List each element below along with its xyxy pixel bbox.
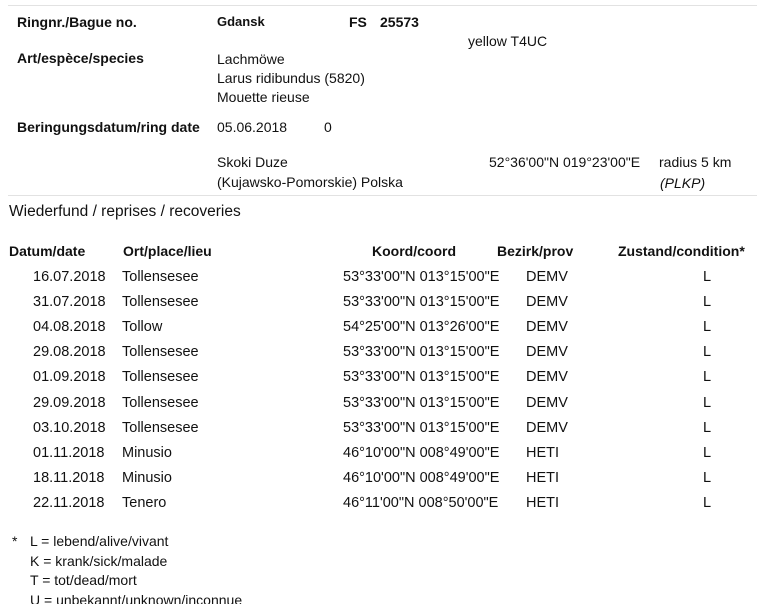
table-row: 04.08.2018Tollow54°25'00"N 013°26'00"EDE… xyxy=(0,318,757,343)
recovery-date: 29.08.2018 xyxy=(33,343,106,361)
recovery-date: 01.11.2018 xyxy=(33,444,105,462)
legend-items: L = lebend/alive/vivantK = krank/sick/ma… xyxy=(30,532,242,604)
recoveries-title: Wiederfund / reprises / recoveries xyxy=(9,203,241,221)
column-header-place: Ort/place/lieu xyxy=(123,242,212,260)
recovery-condition: L xyxy=(702,444,712,462)
recovery-condition: L xyxy=(702,494,712,512)
species-french: Mouette rieuse xyxy=(217,88,310,106)
column-header-date: Datum/date xyxy=(9,242,85,260)
recovery-condition: L xyxy=(702,368,712,386)
recovery-date: 03.10.2018 xyxy=(33,419,106,437)
ringing-radius: radius 5 km xyxy=(659,153,731,171)
recovery-coords: 53°33'00"N 013°15'00"E xyxy=(343,293,499,311)
recovery-date: 22.11.2018 xyxy=(33,494,105,512)
recovery-condition: L xyxy=(702,394,712,412)
column-header-coord: Koord/coord xyxy=(372,242,456,260)
ring-date-label: Beringungsdatum/ring date xyxy=(17,118,200,136)
table-row: 01.11.2018Minusio46°10'00"N 008°49'00"EH… xyxy=(0,444,757,469)
column-header-prov: Bezirk/prov xyxy=(497,242,573,260)
table-row: 22.11.2018Tenero46°11'00"N 008°50'00"EHE… xyxy=(0,494,757,519)
ring-number: 25573 xyxy=(380,13,419,31)
recovery-province: DEMV xyxy=(526,368,568,386)
recovery-condition: L xyxy=(702,293,712,311)
recovery-province: HETI xyxy=(526,494,559,512)
table-row: 31.07.2018Tollensesee53°33'00"N 013°15'0… xyxy=(0,293,757,318)
recovery-date: 29.09.2018 xyxy=(33,394,106,412)
recovery-date: 16.07.2018 xyxy=(33,268,106,286)
recovery-condition: L xyxy=(702,419,712,437)
table-row: 01.09.2018Tollensesee53°33'00"N 013°15'0… xyxy=(0,368,757,393)
recovery-province: DEMV xyxy=(526,293,568,311)
recovery-coords: 54°25'00"N 013°26'00"E xyxy=(343,318,499,336)
recovery-place: Tollensesee xyxy=(122,343,199,361)
recovery-condition: L xyxy=(702,268,712,286)
recovery-place: Tollensesee xyxy=(122,419,199,437)
recovery-coords: 46°10'00"N 008°49'00"E xyxy=(343,469,499,487)
age-code: 0 xyxy=(324,118,332,136)
recovery-place: Minusio xyxy=(122,444,172,462)
recovery-coords: 46°11'00"N 008°50'00"E xyxy=(343,494,498,512)
recovery-place: Tollensesee xyxy=(122,268,199,286)
color-ring: yellow T4UC xyxy=(468,32,547,50)
recovery-coords: 53°33'00"N 013°15'00"E xyxy=(343,394,499,412)
recovery-province: DEMV xyxy=(526,318,568,336)
recovery-province: DEMV xyxy=(526,268,568,286)
recovery-condition: L xyxy=(702,343,712,361)
ringing-region: (Kujawsko-Pomorskie) Polska xyxy=(217,173,403,191)
recovery-province: HETI xyxy=(526,444,559,462)
recovery-province: HETI xyxy=(526,469,559,487)
species-latin: Larus ridibundus (5820) xyxy=(217,69,365,87)
section-divider xyxy=(8,195,757,196)
recovery-coords: 53°33'00"N 013°15'00"E xyxy=(343,343,499,361)
recovery-place: Tollensesee xyxy=(122,394,199,412)
recovery-coords: 53°33'00"N 013°15'00"E xyxy=(343,268,499,286)
recovery-date: 04.08.2018 xyxy=(33,318,106,336)
legend-item: T = tot/dead/mort xyxy=(30,571,242,591)
legend-item: L = lebend/alive/vivant xyxy=(30,532,242,552)
recovery-place: Tollow xyxy=(122,318,162,336)
recovery-place: Tollensesee xyxy=(122,368,199,386)
table-row: 03.10.2018Tollensesee53°33'00"N 013°15'0… xyxy=(0,419,757,444)
table-row: 16.07.2018Tollensesee53°33'00"N 013°15'0… xyxy=(0,268,757,293)
ring-scheme: Gdansk xyxy=(217,13,265,31)
ringing-place: Skoki Duze xyxy=(217,153,288,171)
ring-series: FS xyxy=(349,13,367,31)
recovery-date: 01.09.2018 xyxy=(33,368,106,386)
recovery-coords: 53°33'00"N 013°15'00"E xyxy=(343,368,499,386)
recovery-province: DEMV xyxy=(526,394,568,412)
legend-item: U = unbekannt/unknown/inconnue xyxy=(30,591,242,604)
recovery-date: 18.11.2018 xyxy=(33,469,105,487)
species-label: Art/espèce/species xyxy=(17,49,144,67)
table-row: 29.08.2018Tollensesee53°33'00"N 013°15'0… xyxy=(0,343,757,368)
legend-item: K = krank/sick/malade xyxy=(30,552,242,572)
table-row: 18.11.2018Minusio46°10'00"N 008°49'00"EH… xyxy=(0,469,757,494)
ring-number-label: Ringnr./Bague no. xyxy=(17,13,137,31)
recovery-place: Tollensesee xyxy=(122,293,199,311)
ringing-coords: 52°36'00"N 019°23'00"E xyxy=(489,153,640,171)
species-german: Lachmöwe xyxy=(217,50,285,68)
recovery-coords: 53°33'00"N 013°15'00"E xyxy=(343,419,499,437)
recovery-place: Minusio xyxy=(122,469,172,487)
table-row: 29.09.2018Tollensesee53°33'00"N 013°15'0… xyxy=(0,394,757,419)
recovery-province: DEMV xyxy=(526,343,568,361)
ringing-code: (PLKP) xyxy=(660,174,705,192)
recovery-place: Tenero xyxy=(122,494,166,512)
recovery-coords: 46°10'00"N 008°49'00"E xyxy=(343,444,499,462)
column-header-condition: Zustand/condition* xyxy=(618,242,745,260)
recovery-province: DEMV xyxy=(526,419,568,437)
recovery-date: 31.07.2018 xyxy=(33,293,106,311)
recovery-condition: L xyxy=(702,318,712,336)
top-divider xyxy=(8,5,757,6)
legend-marker: * xyxy=(12,532,17,552)
recovery-condition: L xyxy=(702,469,712,487)
ring-date: 05.06.2018 xyxy=(217,118,287,136)
